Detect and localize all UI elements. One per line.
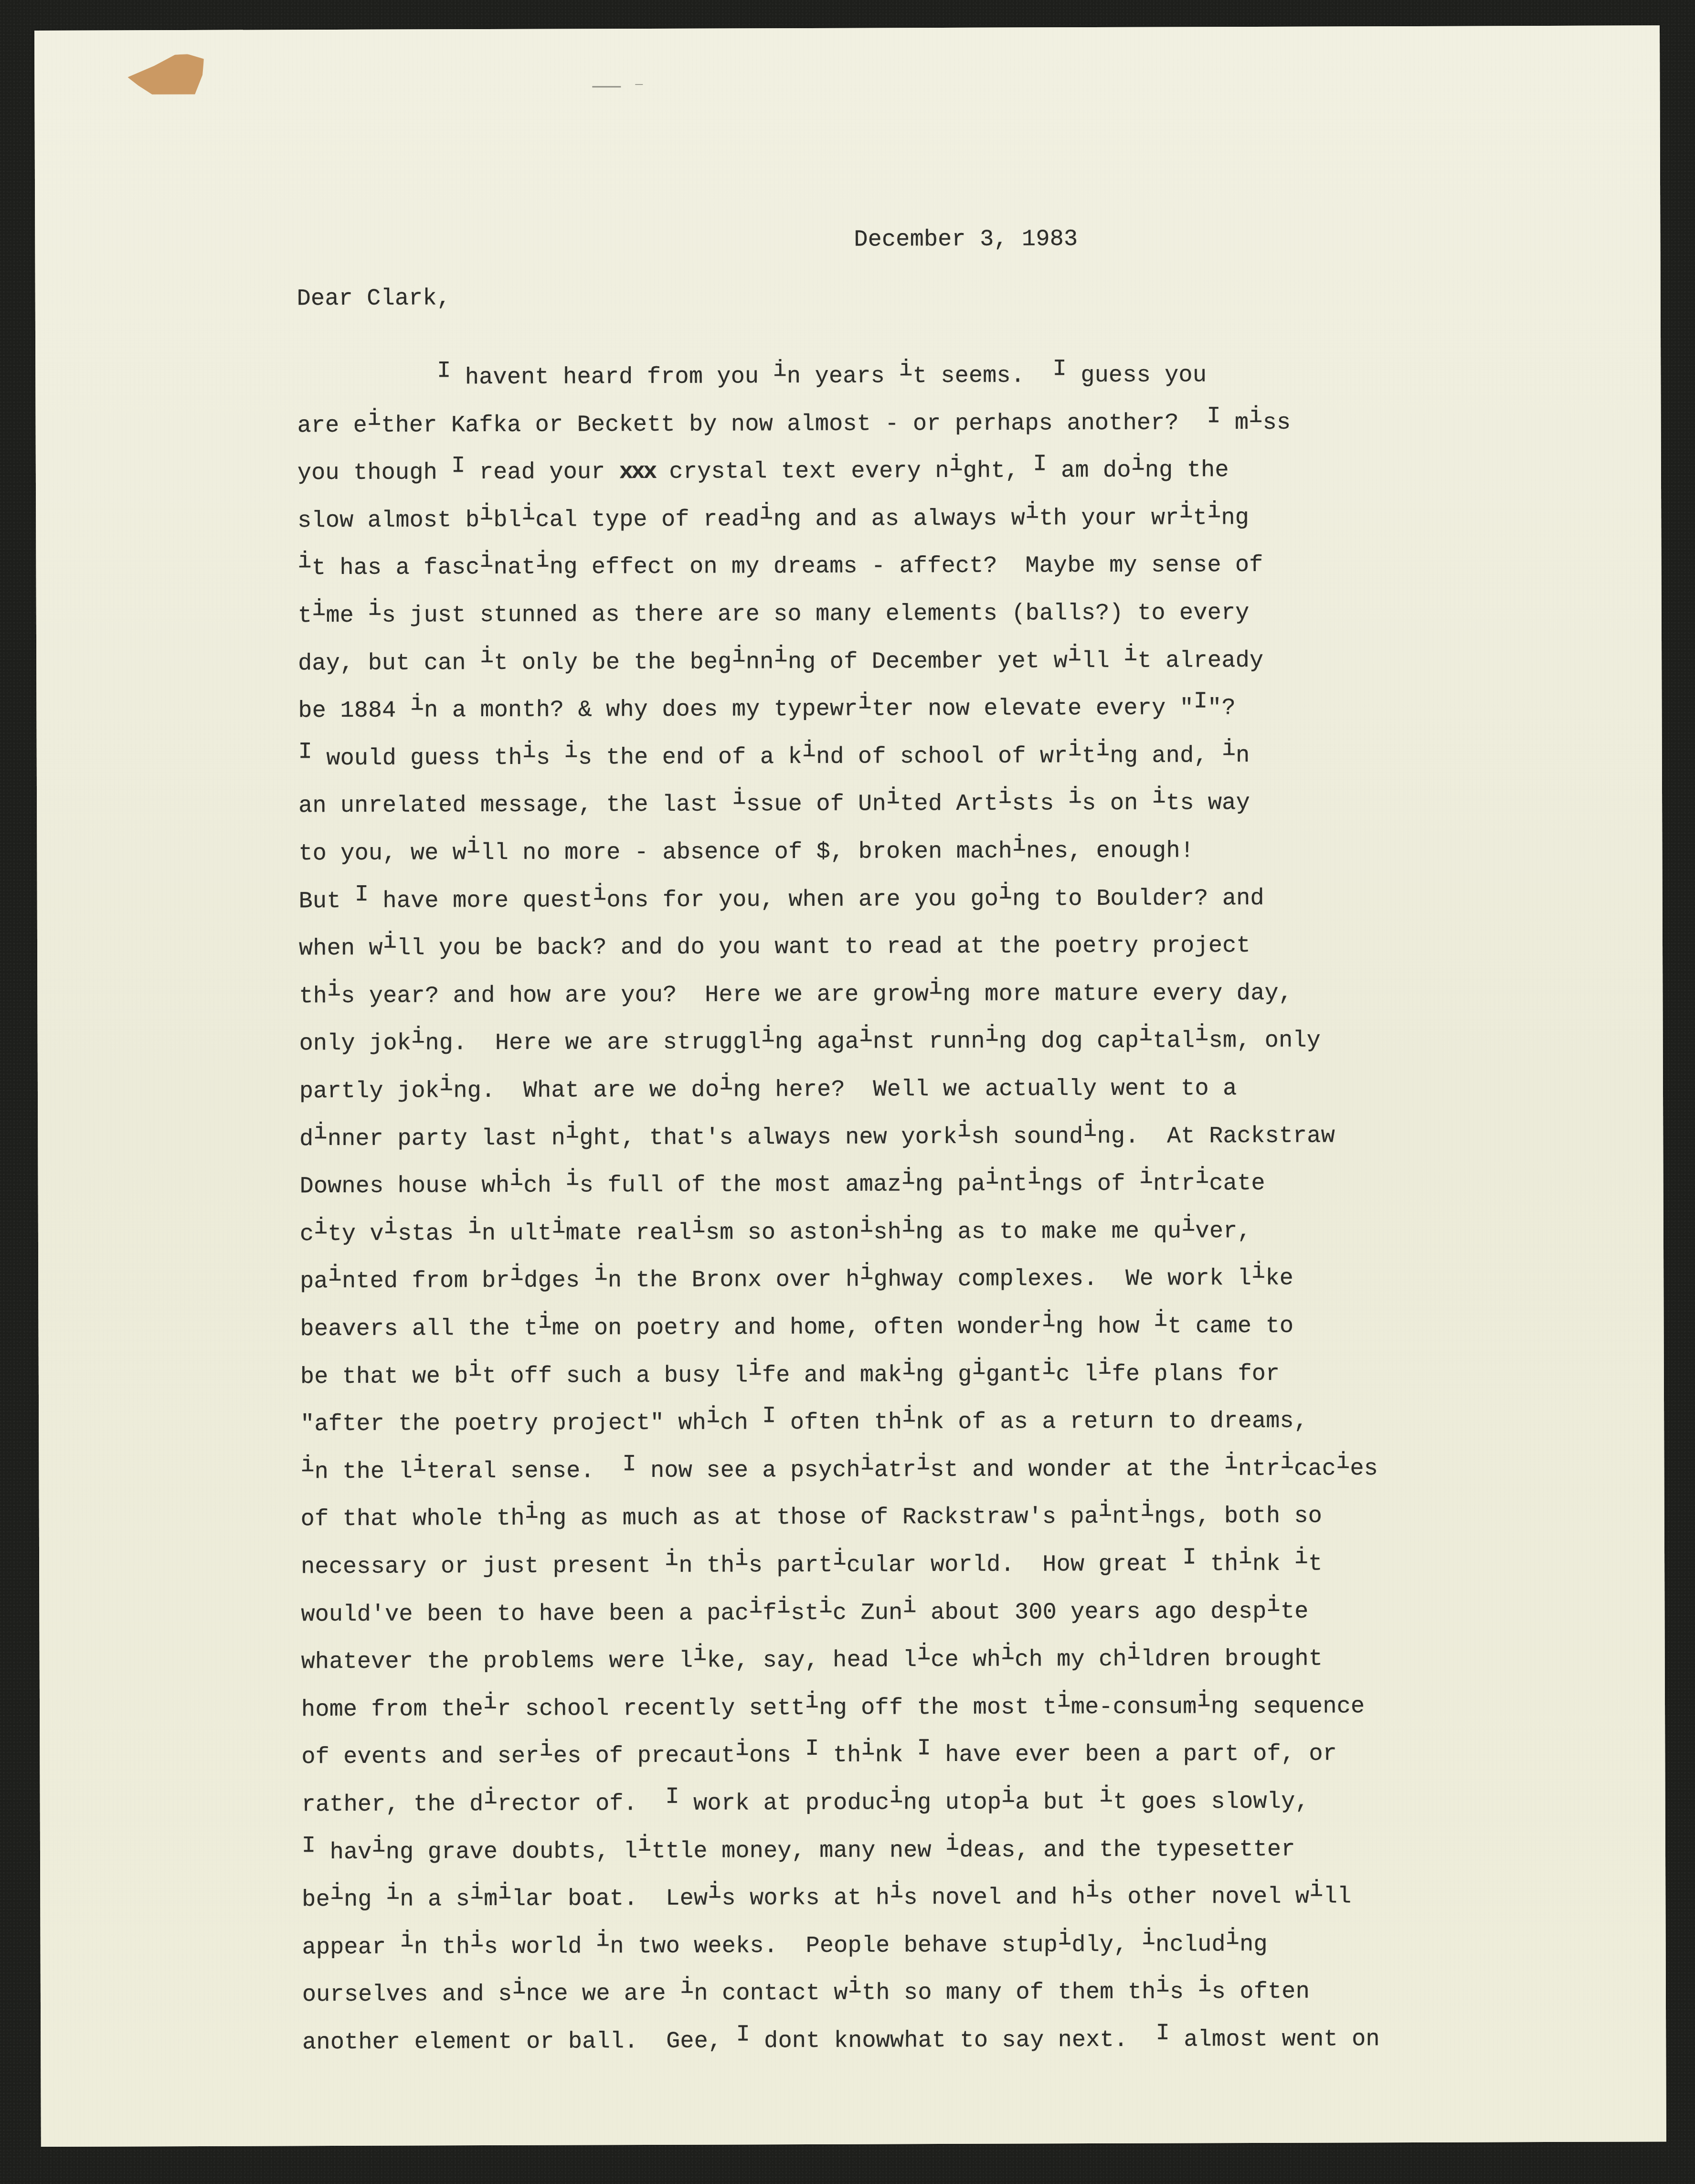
elevated-letter: i	[594, 1261, 608, 1287]
elevated-letter: i	[1195, 1021, 1208, 1048]
elevated-letter: i	[777, 1593, 791, 1620]
letter-line: being in a similar boat. Lewis works at …	[302, 1886, 1351, 1912]
elevated-letter: i	[1042, 1307, 1056, 1333]
letter-line: only joking. Here we are struggling agai…	[299, 1029, 1321, 1056]
elevated-letter: i	[1098, 1497, 1112, 1523]
elevated-letter: i	[1140, 1497, 1154, 1523]
elevated-letter: i	[833, 1546, 847, 1572]
elevated-letter: i	[327, 976, 341, 1003]
elevated-letter: i	[693, 1641, 707, 1667]
elevated-letter: i	[1139, 1021, 1153, 1048]
elevated-letter: i	[1131, 451, 1145, 477]
elevated-letter: i	[1266, 1591, 1280, 1618]
elevated-letter: i	[1197, 1687, 1210, 1713]
elevated-letter: i	[466, 833, 480, 859]
elevated-letter: i	[314, 1214, 328, 1240]
letter-line: I having grave doubts, little money, man…	[302, 1838, 1295, 1864]
elevated-letter: i	[1224, 1449, 1238, 1475]
elevated-letter: i	[1294, 1544, 1308, 1570]
elevated-letter: i	[1309, 1877, 1323, 1903]
letter-line: home from their school recently setting …	[301, 1695, 1365, 1721]
elevated-letter: i	[735, 1736, 749, 1762]
elevated-letter: i	[860, 1450, 874, 1476]
elevated-letter: i	[901, 1212, 915, 1239]
elevated-letter: i	[1155, 1972, 1169, 1999]
elevated-letter: i	[902, 1593, 916, 1619]
elevated-letter: i	[761, 1023, 775, 1049]
elevated-letter: i	[802, 737, 816, 763]
elevated-letter: i	[522, 738, 536, 764]
letter-line: be 1884 in a month? & why does my typewr…	[298, 697, 1236, 723]
elevated-letter: i	[859, 1022, 873, 1049]
elevated-letter: i	[861, 1736, 875, 1762]
elevated-letter: i	[680, 1974, 694, 2000]
elevated-letter: i	[1001, 1783, 1015, 1809]
elevated-letter: i	[565, 1118, 579, 1145]
elevated-letter: i	[1154, 1307, 1167, 1333]
elevated-letter: i	[719, 1070, 733, 1096]
elevated-letter: i	[521, 500, 535, 527]
elevated-letter: i	[957, 1117, 971, 1143]
elevated-letter: i	[551, 1213, 565, 1240]
elevated-letter: i	[368, 596, 381, 622]
elevated-letter: i	[483, 1689, 497, 1716]
elevated-letter: i	[312, 596, 326, 622]
letter-line: painted from bridges in the Bronx over h…	[300, 1267, 1293, 1293]
elevated-letter: i	[859, 1260, 873, 1286]
elevated-letter: i	[901, 1165, 915, 1191]
elevated-letter: i	[691, 1213, 705, 1239]
elevated-letter: i	[470, 1927, 484, 1953]
letter-line: of events and series of precautions I th…	[301, 1743, 1337, 1769]
elevated-letter: i	[985, 1022, 999, 1048]
elevated-letter: i	[400, 1927, 414, 1953]
elevated-letter: i	[890, 1878, 903, 1904]
elevated-letter: i	[498, 1879, 511, 1906]
letter-line: Downes house which is full of the most a…	[300, 1172, 1265, 1198]
elevated-letter: i	[564, 738, 578, 764]
elevated-letter: i	[1197, 1972, 1211, 1999]
elevated-letter: i	[1179, 498, 1193, 524]
letter-line: "after the poetry project" which I often…	[300, 1410, 1308, 1436]
elevated-letter: I	[665, 1784, 679, 1810]
elevated-letter: i	[313, 1119, 327, 1145]
elevated-letter: i	[708, 1879, 721, 1905]
elevated-letter: i	[916, 1450, 930, 1476]
elevated-letter: i	[1152, 784, 1166, 810]
elevated-letter: i	[509, 1166, 523, 1192]
elevated-letter: i	[1127, 1640, 1141, 1666]
elevated-letter: i	[411, 1024, 425, 1050]
letter-line: partly joking. What are we doing here? W…	[299, 1077, 1237, 1103]
elevated-letter: i	[1042, 1355, 1056, 1381]
elevated-letter: i	[1251, 1259, 1265, 1285]
elevated-letter: i	[949, 451, 963, 477]
elevated-letter: i	[1222, 736, 1236, 762]
letter-line: in the literal sense. I now see a psychi…	[300, 1457, 1378, 1484]
elevated-letter: I	[917, 1736, 931, 1762]
salutation: Dear Clark,	[297, 287, 451, 311]
elevated-letter: i	[1195, 1164, 1209, 1190]
elevated-letter: i	[773, 357, 787, 383]
elevated-letter: I	[1207, 403, 1220, 429]
elevated-letter: i	[479, 500, 493, 527]
letter-line: necessary or just present in this partic…	[301, 1553, 1323, 1579]
letter-line: rather, the director of. I work at produ…	[302, 1791, 1309, 1817]
letter-line: it has a fascinating effect on my dreams…	[297, 554, 1263, 580]
elevated-letter: i	[1238, 1544, 1252, 1570]
elevated-letter: i	[1085, 1877, 1099, 1904]
elevated-letter: i	[886, 785, 900, 811]
elevated-letter: i	[1207, 498, 1221, 524]
letter-line: dinner party last night, that's always n…	[299, 1124, 1335, 1151]
elevated-letter: I	[302, 1833, 316, 1859]
elevated-letter: I	[298, 739, 312, 765]
elevated-letter: i	[637, 1832, 651, 1858]
letter-line: would've been to have been a pacifistic …	[301, 1600, 1308, 1626]
elevated-letter: i	[917, 1640, 931, 1666]
elevated-letter: i	[367, 405, 381, 432]
elevated-letter: i	[1099, 1782, 1113, 1809]
elevated-letter: i	[902, 1355, 916, 1381]
letter-line: appear in this world in two weeks. Peopl…	[302, 1933, 1268, 1960]
elevated-letter: i	[384, 1214, 398, 1240]
elevated-letter: i	[328, 1262, 342, 1288]
elevated-letter: i	[706, 1403, 720, 1430]
elevated-letter: i	[945, 1831, 959, 1857]
elevated-letter: I	[1156, 2020, 1170, 2046]
elevated-letter: i	[330, 1880, 344, 1906]
elevated-letter: I	[736, 2021, 750, 2047]
elevated-letter: i	[805, 1688, 819, 1715]
elevated-letter: i	[848, 1973, 862, 2000]
elevated-letter: i	[593, 880, 606, 907]
elevated-letter: i	[439, 1071, 453, 1097]
elevated-letter: i	[413, 1452, 426, 1478]
struck-text: xxx	[619, 459, 656, 485]
letter-line: when will you be back? and do you want t…	[299, 934, 1250, 961]
ink-mark	[592, 86, 621, 87]
letter-line: ourselves and since we are in contact wi…	[302, 1981, 1310, 2007]
elevated-letter: i	[1280, 1449, 1294, 1475]
elevated-letter: i	[998, 879, 1012, 905]
elevated-letter: i	[1068, 641, 1081, 668]
elevated-letter: i	[1068, 784, 1082, 810]
elevated-letter: i	[470, 1879, 484, 1906]
elevated-letter: i	[1001, 1640, 1015, 1666]
elevated-letter: i	[383, 929, 397, 955]
elevated-letter: I	[805, 1736, 819, 1762]
elevated-letter: i	[972, 1355, 985, 1381]
elevated-letter: I	[1053, 356, 1067, 382]
letter-line: an unrelated message, the last issue of …	[298, 792, 1250, 818]
elevated-letter: i	[859, 1212, 873, 1239]
elevated-letter: i	[1058, 1925, 1071, 1951]
elevated-letter: i	[1139, 1164, 1153, 1190]
elevated-letter: i	[484, 1784, 498, 1811]
letter-line: to you, we will no more - absence of $, …	[298, 839, 1194, 865]
letter-page: December 3, 1983 Dear Clark, I havent he…	[34, 25, 1666, 2147]
elevated-letter: i	[386, 1880, 400, 1906]
letter-line: you though I read your xxx crystal text …	[297, 459, 1229, 485]
elevated-letter: I	[1182, 1544, 1196, 1570]
elevated-letter: i	[467, 1214, 481, 1240]
elevated-letter: i	[596, 1927, 610, 1953]
elevated-letter: i	[480, 643, 494, 669]
elevated-letter: i	[410, 691, 424, 717]
ink-mark	[635, 84, 643, 85]
elevated-letter: i	[985, 1165, 999, 1191]
elevated-letter: i	[1057, 1687, 1070, 1714]
elevated-letter: i	[665, 1546, 678, 1572]
elevated-letter: i	[525, 1499, 539, 1525]
letter-line: day, but can it only be the beginning of…	[298, 649, 1263, 676]
elevated-letter: i	[889, 1783, 903, 1809]
elevated-letter: i	[1083, 1117, 1097, 1143]
elevated-letter: i	[902, 1402, 916, 1429]
elevated-letter: i	[539, 1737, 553, 1763]
elevated-letter: i	[300, 1452, 314, 1478]
elevated-letter: i	[468, 1357, 482, 1383]
letter-line: be that we bit off such a busy life and …	[300, 1362, 1280, 1389]
letter-line: are either Kafka or Beckett by now almos…	[297, 411, 1291, 437]
elevated-letter: i	[858, 689, 872, 716]
elevated-letter: I	[437, 358, 451, 384]
letter-line: whatever the problems were like, say, he…	[301, 1648, 1323, 1674]
elevated-letter: i	[1123, 641, 1137, 667]
elevated-letter: I	[1194, 688, 1208, 714]
elevated-letter: i	[1025, 498, 1039, 525]
elevated-letter: i	[749, 1593, 763, 1620]
letter-line: But I have more questions for you, when …	[299, 887, 1264, 913]
elevated-letter: i	[1012, 831, 1026, 858]
elevated-letter: i	[1027, 1165, 1041, 1191]
letter-date: December 3, 1983	[854, 228, 1078, 252]
elevated-letter: i	[998, 784, 1012, 810]
elevated-letter: i	[929, 975, 943, 1001]
elevated-letter: I	[451, 453, 465, 479]
letter-line: I havent heard from you in years it seem…	[297, 364, 1207, 390]
letter-line: slow almost biblical type of reading and…	[297, 507, 1249, 533]
elevated-letter: I	[622, 1451, 636, 1477]
letter-line: beavers all the time on poetry and home,…	[300, 1315, 1293, 1341]
elevated-letter: i	[732, 642, 746, 668]
elevated-letter: i	[759, 499, 773, 526]
elevated-letter: i	[512, 1974, 526, 2001]
letter-line: city vistas in ultimate realism so aston…	[300, 1220, 1251, 1246]
letter-line: another element or ball. Gee, I dont kno…	[302, 2028, 1380, 2055]
letter-line: of that whole thing as much as at those …	[301, 1505, 1322, 1531]
elevated-letter: i	[536, 548, 550, 574]
letter-line: this year? and how are you? Here we are …	[299, 982, 1292, 1008]
elevated-letter: i	[734, 1546, 748, 1572]
elevated-letter: i	[1142, 1925, 1155, 1951]
elevated-letter: i	[565, 1166, 579, 1192]
elevated-letter: i	[371, 1832, 385, 1858]
elevated-letter: i	[1096, 736, 1110, 763]
paper-stain	[127, 54, 204, 96]
elevated-letter: i	[819, 1593, 833, 1619]
elevated-letter: I	[355, 881, 369, 907]
letter-line: time is just stunned as there are so man…	[298, 602, 1250, 628]
elevated-letter: I	[1033, 451, 1047, 477]
elevated-letter: i	[538, 1309, 552, 1335]
elevated-letter: i	[1098, 1355, 1112, 1381]
elevated-letter: i	[1181, 1211, 1195, 1238]
elevated-letter: i	[1336, 1449, 1350, 1475]
elevated-letter: i	[732, 785, 746, 811]
elevated-letter: i	[297, 549, 311, 575]
elevated-letter: i	[1226, 1925, 1239, 1951]
elevated-letter: i	[748, 1356, 762, 1382]
elevated-letter: i	[773, 642, 787, 668]
elevated-letter: I	[762, 1403, 776, 1429]
elevated-letter: i	[510, 1261, 524, 1287]
elevated-letter: i	[1249, 403, 1262, 429]
elevated-letter: i	[899, 356, 912, 382]
letter-line: I would guess this is the end of a kind …	[298, 744, 1250, 771]
elevated-letter: i	[1068, 736, 1081, 763]
elevated-letter: i	[479, 548, 493, 574]
